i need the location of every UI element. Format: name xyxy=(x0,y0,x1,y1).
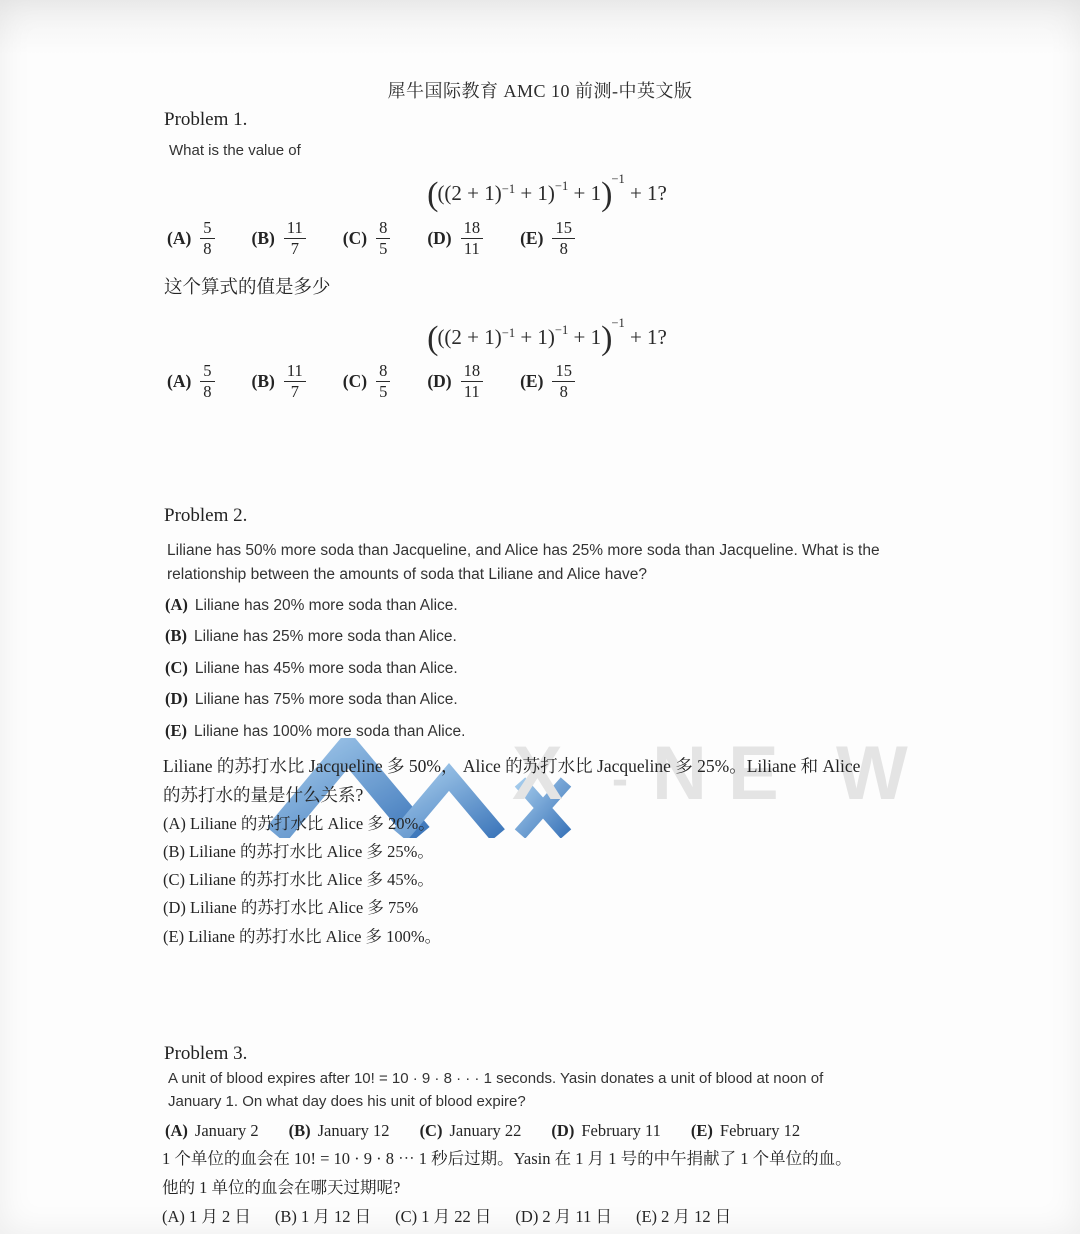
page-title: 犀牛国际教育 AMC 10 前测-中英文版 xyxy=(0,80,1080,103)
problem-1-formula-zh: (((2 + 1)−1 + 1)−1 + 1)−1 + 1? xyxy=(0,316,1080,361)
fraction: 58 xyxy=(200,219,214,259)
big-paren-close: ) xyxy=(601,320,611,357)
problem-1-options-zh: (A)58 (B)117 (C)85 (D)1811 (E)158 xyxy=(167,362,575,402)
option-e: (E) 2 月 12 日 xyxy=(636,1207,731,1228)
problem-2-option-c-zh: (C) Liliane 的苏打水比 Alice 多 45%。 xyxy=(163,870,434,891)
fraction: 117 xyxy=(284,362,306,402)
big-paren-open: ( xyxy=(427,176,437,213)
option-a: (A)58 xyxy=(167,362,215,402)
problem-3-question-en-line2: January 1. On what day does his unit of … xyxy=(168,1093,526,1112)
problem-1-question-zh: 这个算式的值是多少 xyxy=(164,277,331,300)
option-a: (A)58 xyxy=(167,219,215,259)
problem-2-option-e-zh: (E) Liliane 的苏打水比 Alice 多 100%。 xyxy=(163,927,441,948)
problem-2-option-b-zh: (B) Liliane 的苏打水比 Alice 多 25%。 xyxy=(163,842,434,863)
option-d: (D) 2 月 11 日 xyxy=(515,1207,612,1228)
option-b: (B)117 xyxy=(252,219,306,259)
big-paren-open: ( xyxy=(427,320,437,357)
problem-2-option-d-zh: (D) Liliane 的苏打水比 Alice 多 75% xyxy=(163,898,418,919)
option-c: (C)85 xyxy=(343,362,391,402)
option-b: (B)January 12 xyxy=(289,1121,390,1142)
problem-3-question-zh-line1: 1 个单位的血会在 10! = 10 · 9 · 8 ⋯ 1 秒后过期。Yasi… xyxy=(162,1149,852,1170)
problem-3-options-en: (A)January 2 (B)January 12 (C)January 22… xyxy=(165,1121,800,1142)
fraction: 85 xyxy=(376,219,390,259)
big-paren-close: ) xyxy=(601,176,611,213)
option-e: (E)February 12 xyxy=(691,1121,800,1142)
fraction: 158 xyxy=(552,362,575,402)
fraction: 158 xyxy=(552,219,575,259)
option-e: (E)158 xyxy=(520,362,575,402)
fraction: 58 xyxy=(200,362,214,402)
option-c: (C) 1 月 22 日 xyxy=(395,1207,491,1228)
problem-2-option-e-en: (E)Liliane has 100% more soda than Alice… xyxy=(165,721,465,742)
option-d: (D)1811 xyxy=(427,362,483,402)
fraction: 1811 xyxy=(461,362,484,402)
problem-2-question-zh-line1: Liliane 的苏打水比 Jacqueline 多 50%， Alice 的苏… xyxy=(163,756,860,778)
problem-2-question-zh-line2: 的苏打水的量是什么关系? xyxy=(163,785,363,807)
option-b: (B) 1 月 12 日 xyxy=(275,1207,371,1228)
problem-3-heading: Problem 3. xyxy=(164,1042,247,1066)
problem-2-question-en-line2: relationship between the amounts of soda… xyxy=(167,565,647,584)
option-c: (C)85 xyxy=(343,219,391,259)
option-e: (E)158 xyxy=(520,219,575,259)
problem-2-option-d-en: (D)Liliane has 75% more soda than Alice. xyxy=(165,689,458,710)
option-a: (A)January 2 xyxy=(165,1121,259,1142)
option-d: (D)1811 xyxy=(427,219,483,259)
option-c: (C)January 22 xyxy=(420,1121,522,1142)
problem-2-option-c-en: (C)Liliane has 45% more soda than Alice. xyxy=(165,658,458,679)
problem-1-question-en: What is the value of xyxy=(169,142,301,161)
problem-1-formula-en: (((2 + 1)−1 + 1)−1 + 1)−1 + 1? xyxy=(0,172,1080,217)
problem-2-option-a-zh: (A) Liliane 的苏打水比 Alice 多 20%。 xyxy=(163,814,435,835)
problem-1-heading: Problem 1. xyxy=(164,108,247,132)
fraction: 1811 xyxy=(461,219,484,259)
problem-1-options-en: (A)58 (B)117 (C)85 (D)1811 (E)158 xyxy=(167,219,575,259)
problem-2-option-b-en: (B)Liliane has 25% more soda than Alice. xyxy=(165,626,457,647)
problem-3-options-zh: (A) 1 月 2 日 (B) 1 月 12 日 (C) 1 月 22 日 (D… xyxy=(162,1207,731,1228)
problem-2-question-en-line1: Liliane has 50% more soda than Jacquelin… xyxy=(167,541,880,560)
document-page: X - N E W 犀牛国际教育 AMC 10 前测-中英文版 Problem … xyxy=(0,0,1080,1234)
problem-3-question-zh-line2: 他的 1 单位的血会在哪天过期呢? xyxy=(162,1178,400,1199)
option-a: (A) 1 月 2 日 xyxy=(162,1207,251,1228)
problem-2-option-a-en: (A)Liliane has 20% more soda than Alice. xyxy=(165,595,458,616)
problem-3-question-en-line1: A unit of blood expires after 10! = 10 ·… xyxy=(168,1070,823,1089)
fraction: 117 xyxy=(284,219,306,259)
fraction: 85 xyxy=(376,362,390,402)
option-b: (B)117 xyxy=(252,362,306,402)
option-d: (D)February 11 xyxy=(551,1121,660,1142)
problem-2-heading: Problem 2. xyxy=(164,504,247,528)
